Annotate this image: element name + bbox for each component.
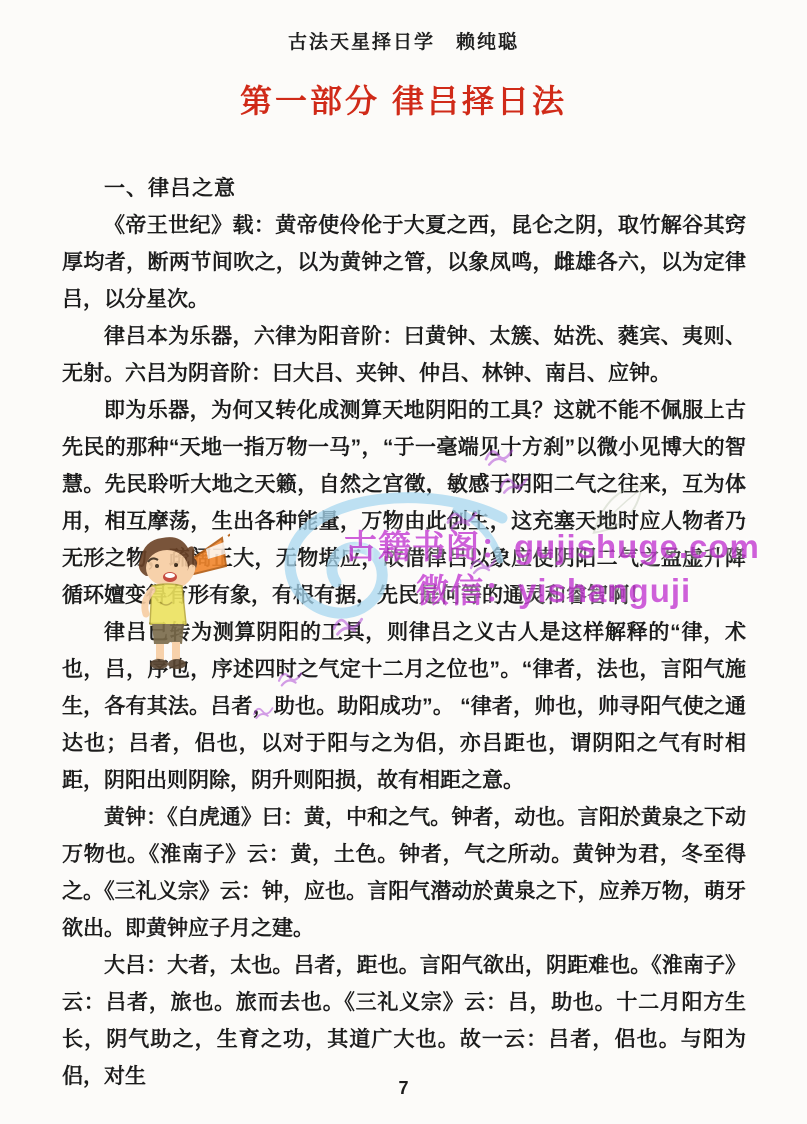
paragraph-text: 即为乐器，为何又转化成测算天地阴阳的工具？这就不能不佩服上古先民的那种“天地一指… [62,399,746,607]
paragraph: 律吕已转为测算阴阳的工具，则律吕之义古人是这样解释的“律，术也，吕，序也，序述四… [62,614,746,799]
page-number: 7 [0,1078,807,1099]
book-header: 古法天星择日学 赖纯聪 [0,27,807,54]
paragraph-text: 律吕已转为测算阴阳的工具，则律吕之义古人是这样解释的“律，术也，吕，序也，序述四… [62,621,746,792]
paragraph-lead: 黄钟： [104,806,167,829]
paragraph-text: 《帝王世纪》载：黄帝使伶伦于大夏之西，昆仑之阴，取竹解谷其窍厚均者，断两节间吹之… [62,214,746,311]
paragraph: 大吕：大者，太也。吕者，距也。言阳气欲出，阴距难也。《淮南子》云：吕者，旅也。旅… [62,947,746,1095]
section-heading: 一、律吕之意 [62,170,746,207]
part-title: 第一部分 律吕择日法 [0,76,807,122]
scanned-document-page: 古法天星择日学 赖纯聪 第一部分 律吕择日法 一、律吕之意 《帝王世纪》载：黄帝… [0,0,807,1124]
body-text: 一、律吕之意 《帝王世纪》载：黄帝使伶伦于大夏之西，昆仑之阴，取竹解谷其窍厚均者… [62,170,746,1095]
paragraph: 《帝王世纪》载：黄帝使伶伦于大夏之西，昆仑之阴，取竹解谷其窍厚均者，断两节间吹之… [62,207,746,318]
paragraph-text: 律吕本为乐器，六律为阳音阶：曰黄钟、太簇、姑洗、蕤宾、夷则、无射。六吕为阴音阶：… [62,325,746,385]
paragraph-lead: 大吕： [104,954,167,977]
paragraph: 黄钟：《白虎通》曰：黄，中和之气。钟者，动也。言阳於黄泉之下动万物也。《淮南子》… [62,799,746,947]
paragraph: 律吕本为乐器，六律为阳音阶：曰黄钟、太簇、姑洗、蕤宾、夷则、无射。六吕为阴音阶：… [62,318,746,392]
paragraph: 即为乐器，为何又转化成测算天地阴阳的工具？这就不能不佩服上古先民的那种“天地一指… [62,392,746,614]
